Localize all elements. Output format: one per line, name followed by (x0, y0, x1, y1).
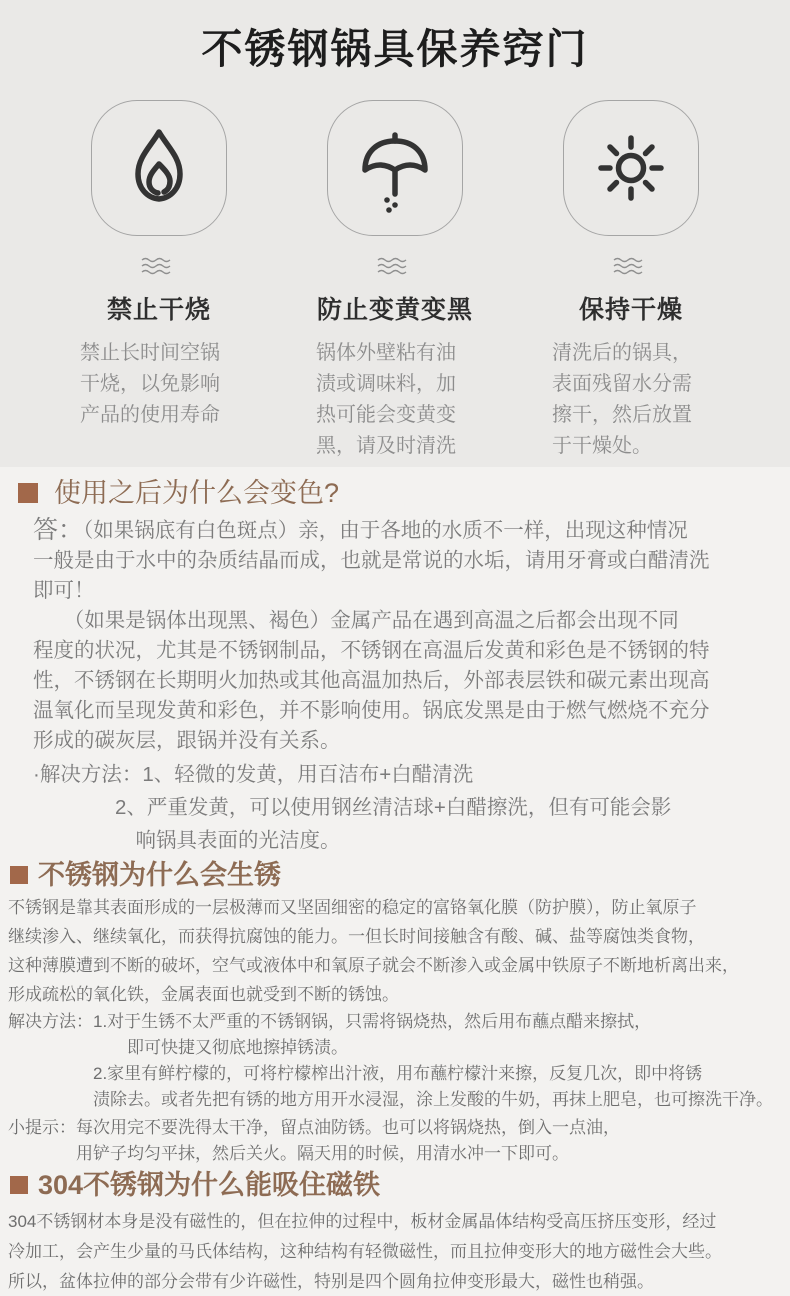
rust-body: 不锈钢是靠其表面形成的一层极薄而又坚固细密的稳定的富铬氧化膜（防护膜），防止氧原… (8, 893, 784, 1009)
flame-badge (91, 100, 227, 236)
discolor-answer-2: （如果是锅体出现黑、褐色）金属产品在遇到高温之后都会出现不同 程度的状况，尤其是… (33, 606, 780, 756)
feature-text: 锅体外壁粘有油 渍或调味料，加 热可能会变黄变 黑，请及时清洗 (316, 338, 474, 462)
care-guide-page: 不锈钢锅具保养窍门 禁止干烧 禁止长时间空锅 干烧，以免影响 产品的使用寿命 (0, 0, 790, 1296)
section-title: 使用之后为什么会变色? (54, 479, 339, 507)
section-heading-rust: 不锈钢为什么会生锈 (10, 861, 790, 889)
square-bullet-icon (10, 1176, 28, 1194)
magnet-body: 304不锈钢材本身是没有磁性的，但在拉伸的过程中，板材金属晶体结构受高压挤压变形… (8, 1207, 784, 1296)
answer-text: （如果锅底有白色斑点）亲，由于各地的水质不一样，出现这种情况 一般是由于水中的杂… (33, 519, 710, 602)
feature-title: 禁止干烧 (107, 294, 211, 326)
section-heading-magnet: 304不锈钢为什么能吸住磁铁 (10, 1171, 790, 1199)
feature-title: 防止变黄变黑 (317, 294, 473, 326)
feature-row: 禁止干烧 禁止长时间空锅 干烧，以免影响 产品的使用寿命 (0, 100, 790, 462)
rust-solution: 解决方法：1.对于生锈不太严重的不锈钢锅，只需将锅烧热，然后用布蘸点醋来擦拭， … (8, 1009, 784, 1113)
feature-no-dry-burn: 禁止干烧 禁止长时间空锅 干烧，以免影响 产品的使用寿命 (41, 100, 277, 462)
square-bullet-icon (10, 866, 28, 884)
qa-section: 使用之后为什么会变色? 答：（如果锅底有白色斑点）亲，由于各地的水质不一样，出现… (0, 467, 790, 1296)
feature-title: 保持干燥 (579, 294, 683, 326)
sun-icon (583, 120, 679, 216)
sun-badge (563, 100, 699, 236)
discolor-answer: 答：（如果锅底有白色斑点）亲，由于各地的水质不一样，出现这种情况 一般是由于水中… (33, 515, 780, 606)
umbrella-badge (327, 100, 463, 236)
section-title: 304不锈钢为什么能吸住磁铁 (38, 1171, 380, 1199)
flame-icon (111, 120, 207, 216)
answer-label: 答： (33, 516, 83, 544)
feature-prevent-discolor: 防止变黄变黑 锅体外壁粘有油 渍或调味料，加 热可能会变黄变 黑，请及时清洗 (277, 100, 513, 462)
section-title: 不锈钢为什么会生锈 (38, 861, 281, 889)
feature-text: 清洗后的锅具， 表面残留水分需 擦干，然后放置 于干燥处。 (552, 338, 710, 462)
waves-icon (375, 256, 415, 278)
waves-icon (611, 256, 651, 278)
waves-icon (139, 256, 179, 278)
square-bullet-icon (18, 483, 38, 503)
umbrella-icon (347, 120, 443, 216)
hero-section: 不锈钢锅具保养窍门 禁止干烧 禁止长时间空锅 干烧，以免影响 产品的使用寿命 (0, 0, 790, 467)
feature-keep-dry: 保持干燥 清洗后的锅具， 表面残留水分需 擦干，然后放置 于干燥处。 (513, 100, 749, 462)
discolor-solution: ·解决方法：1、轻微的发黄，用百洁布+白醋清洗 2、严重发黄，可以使用钢丝清洁球… (33, 758, 784, 857)
page-title: 不锈钢锅具保养窍门 (0, 24, 790, 74)
section-heading-discolor: 使用之后为什么会变色? (18, 479, 790, 507)
rust-tip: 小提示：每次用完不要洗得太干净，留点油防锈。也可以将锅烧热，倒入一点油， 用铲子… (8, 1115, 784, 1167)
feature-text: 禁止长时间空锅 干烧，以免影响 产品的使用寿命 (80, 338, 238, 431)
